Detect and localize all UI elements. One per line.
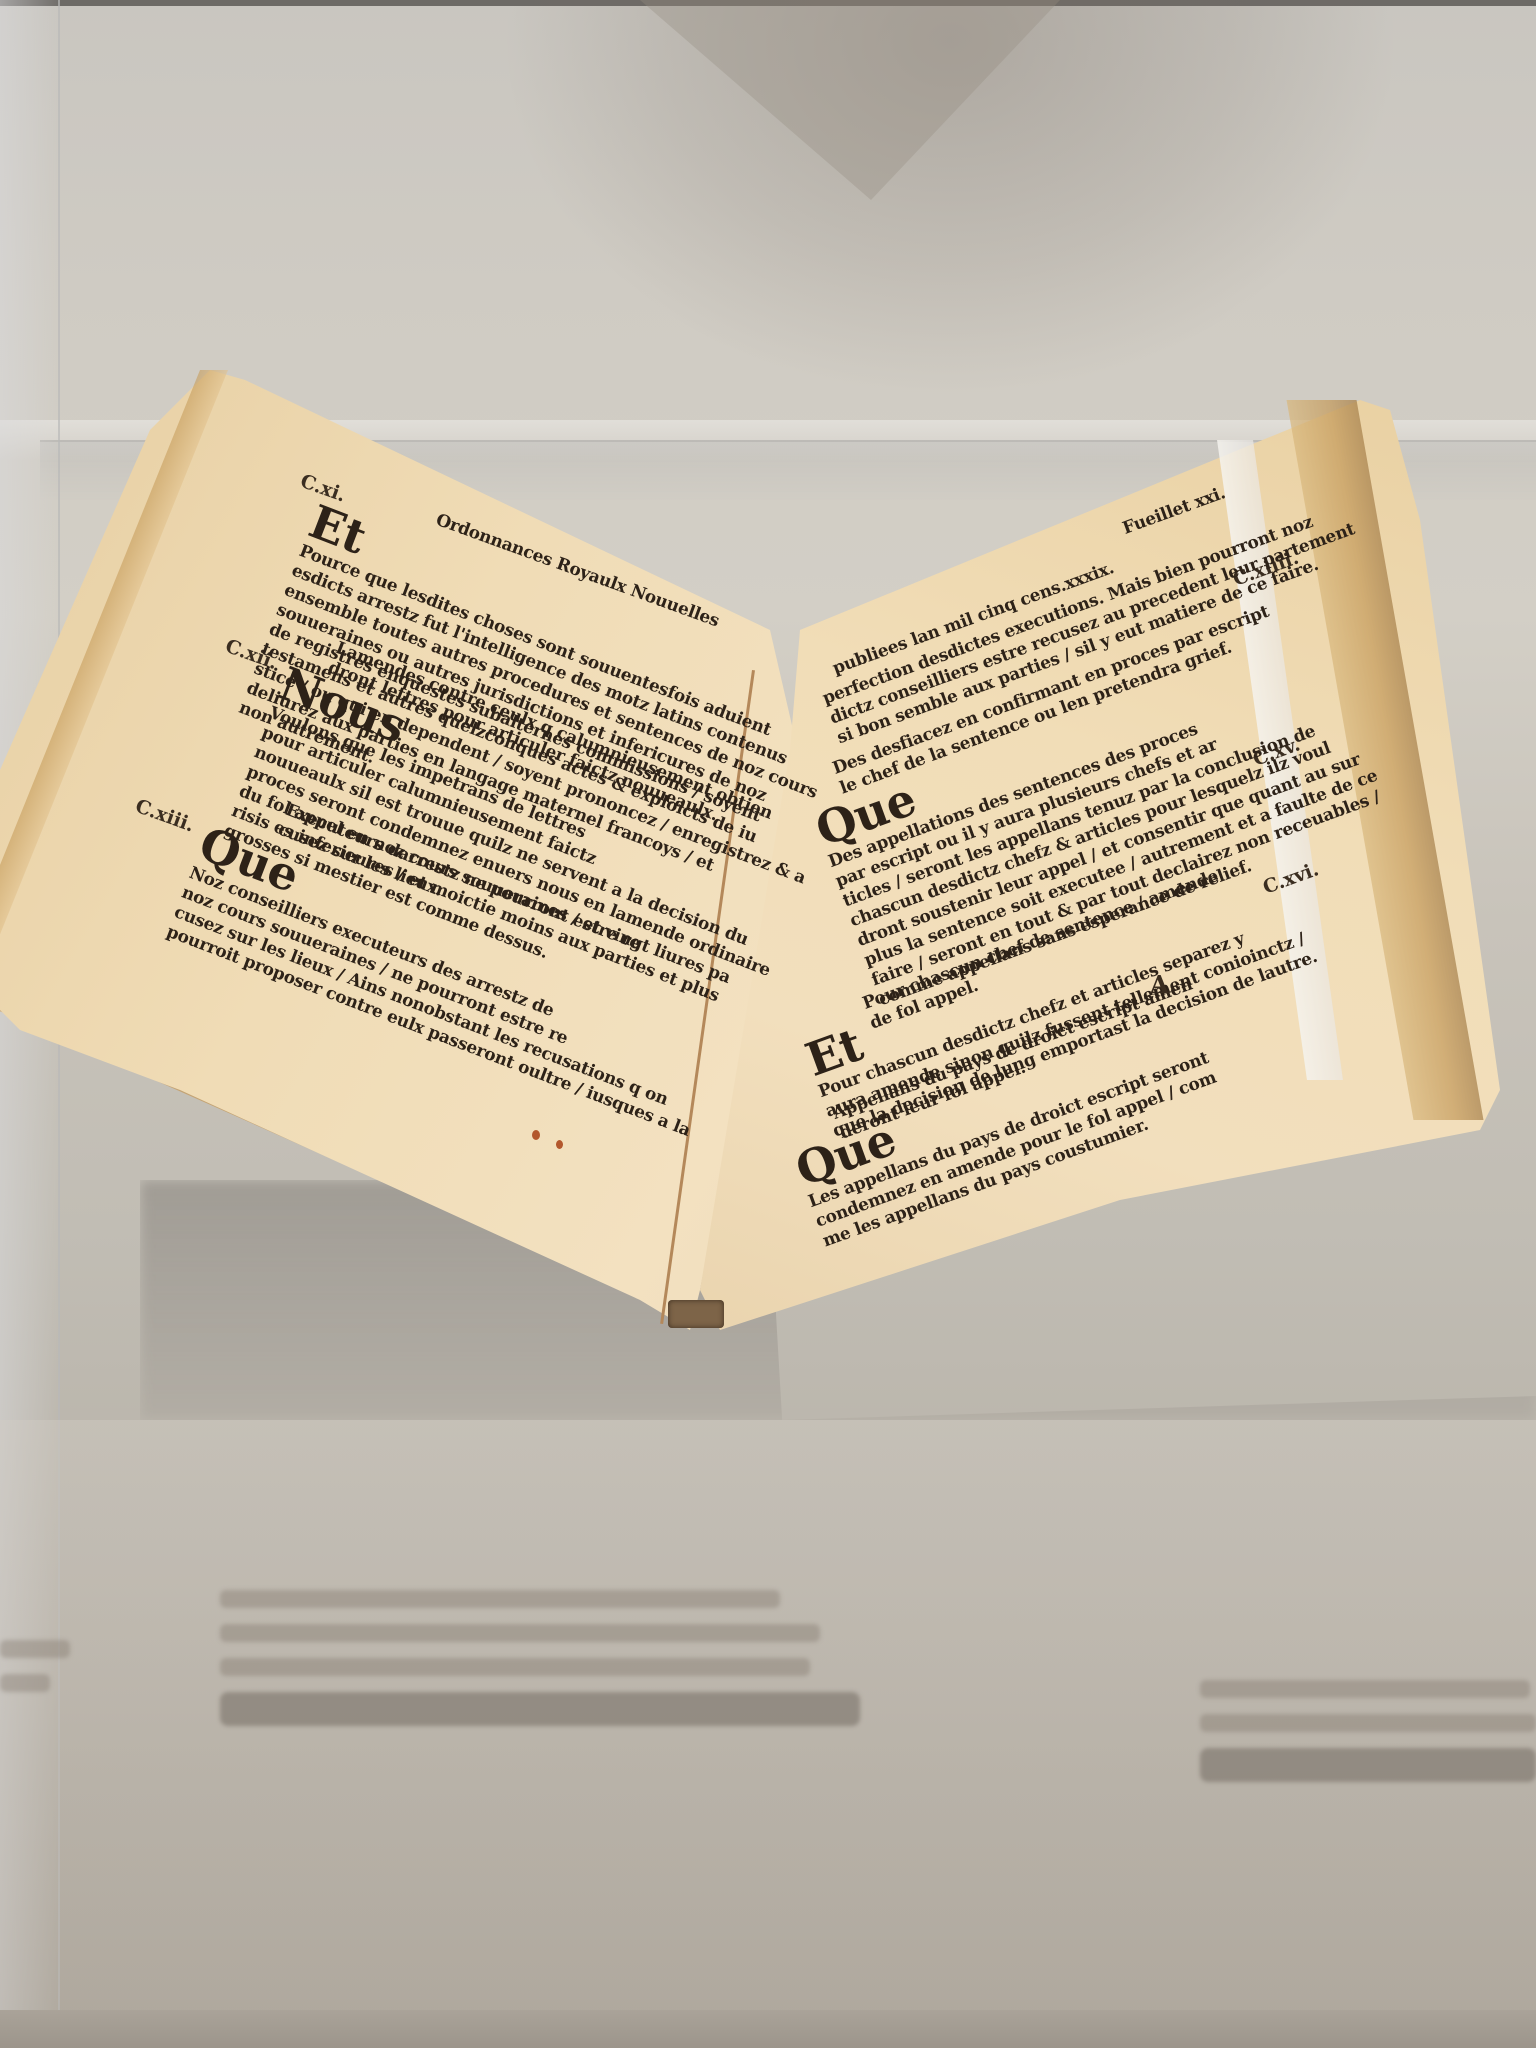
signature-mark: A bbox=[1150, 970, 1169, 999]
placard-text-left bbox=[220, 1590, 820, 1726]
spine-headband bbox=[668, 1300, 724, 1328]
placard-text-right bbox=[1200, 1680, 1536, 1782]
open-book: Ordonnances Royaulx Nouuelles C.xi. C.xi… bbox=[0, 370, 1536, 1350]
exhibit-label-placard bbox=[0, 1420, 1536, 2020]
stain-mark bbox=[556, 1140, 563, 1149]
stain-mark bbox=[532, 1130, 540, 1140]
placard-text-edge bbox=[0, 1640, 80, 1708]
case-bottom-frame bbox=[0, 2010, 1536, 2048]
